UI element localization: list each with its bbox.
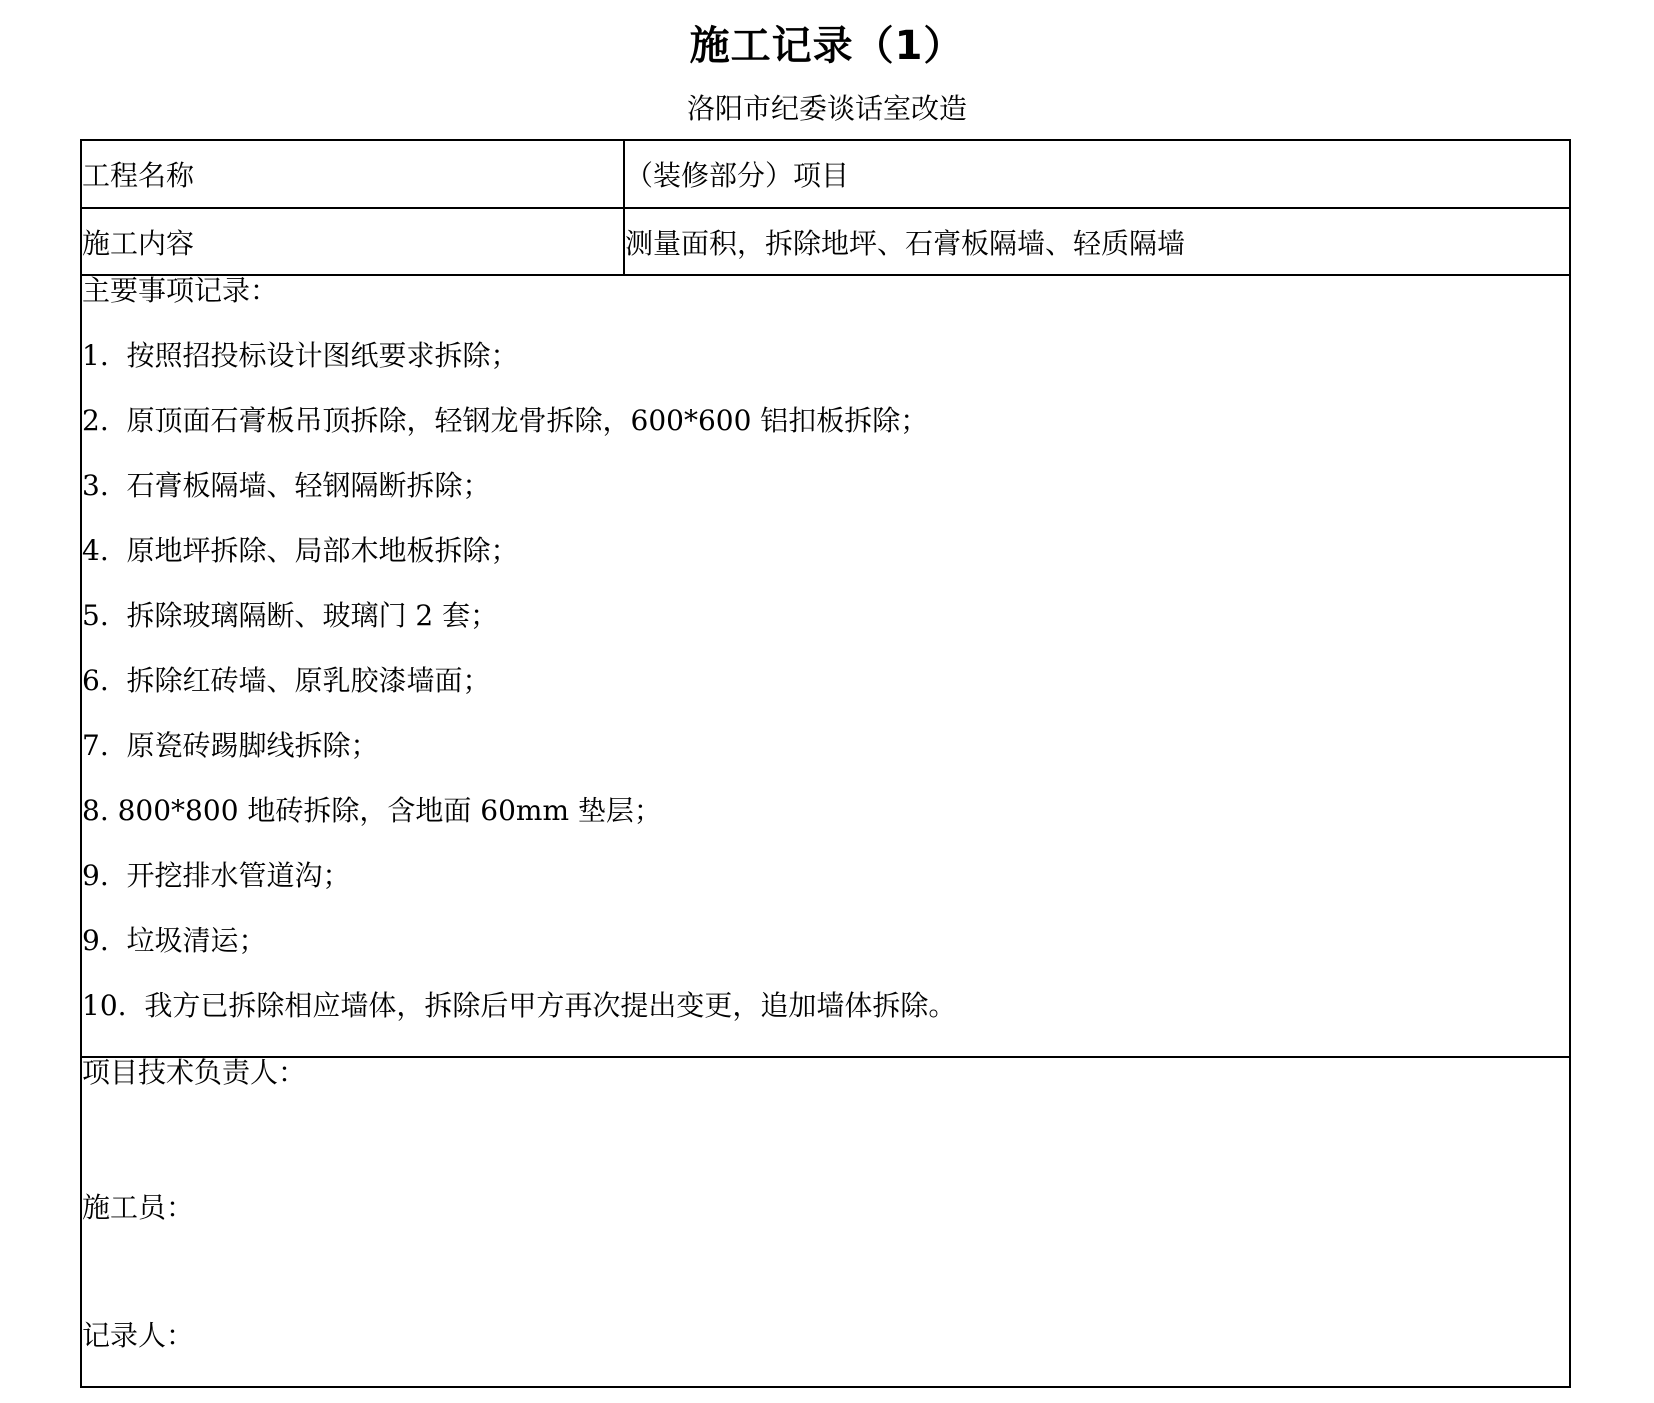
record-item-5: 5. 拆除玻璃隔断、玻璃门 2 套； <box>82 601 1569 631</box>
main-record-row: 主要事项记录： 1. 按照招投标设计图纸要求拆除； 2. 原顶面石膏板吊顶拆除，… <box>81 275 1570 1057</box>
construction-record-table: 工程名称 （装修部分）项目 施工内容 测量面积，拆除地坪、石膏板隔墙、轻质隔墙 … <box>80 139 1571 1388</box>
record-item-7: 7. 原瓷砖踢脚线拆除； <box>82 731 1569 761</box>
project-name-value: （装修部分）项目 <box>624 140 1570 208</box>
signature-cell: 项目技术负责人： 施工员： 记录人： <box>81 1057 1570 1387</box>
record-heading: 主要事项记录： <box>82 276 1569 306</box>
document-title: 施工记录（1） <box>0 0 1654 68</box>
record-item-4: 4. 原地坪拆除、局部木地板拆除； <box>82 536 1569 566</box>
record-item-2: 2. 原顶面石膏板吊顶拆除，轻钢龙骨拆除，600*600 铝扣板拆除； <box>82 406 1569 436</box>
construction-content-value: 测量面积，拆除地坪、石膏板隔墙、轻质隔墙 <box>624 208 1570 275</box>
technical-director-field: 项目技术负责人： <box>82 1058 1569 1088</box>
recorder-field: 记录人： <box>82 1321 1569 1351</box>
signature-row: 项目技术负责人： 施工员： 记录人： <box>81 1057 1570 1387</box>
record-item-9b: 9. 垃圾清运； <box>82 926 1569 956</box>
project-name-row: 工程名称 （装修部分）项目 <box>81 140 1570 208</box>
record-item-3: 3. 石膏板隔墙、轻钢隔断拆除； <box>82 471 1569 501</box>
constructor-field: 施工员： <box>82 1193 1569 1223</box>
record-item-1: 1. 按照招投标设计图纸要求拆除； <box>82 341 1569 371</box>
document-subtitle: 洛阳市纪委谈话室改造 <box>0 94 1654 124</box>
record-item-6: 6. 拆除红砖墙、原乳胶漆墙面； <box>82 666 1569 696</box>
record-item-8: 8. 800*800 地砖拆除，含地面 60mm 垫层； <box>82 796 1569 826</box>
record-item-9: 9. 开挖排水管道沟； <box>82 861 1569 891</box>
project-name-label: 工程名称 <box>81 140 624 208</box>
construction-content-row: 施工内容 测量面积，拆除地坪、石膏板隔墙、轻质隔墙 <box>81 208 1570 275</box>
main-record-cell: 主要事项记录： 1. 按照招投标设计图纸要求拆除； 2. 原顶面石膏板吊顶拆除，… <box>81 275 1570 1057</box>
construction-content-label: 施工内容 <box>81 208 624 275</box>
document-page: 施工记录（1） 洛阳市纪委谈话室改造 工程名称 （装修部分）项目 施工内容 测量… <box>0 0 1654 1403</box>
record-item-10: 10. 我方已拆除相应墙体，拆除后甲方再次提出变更，追加墙体拆除。 <box>82 991 1569 1021</box>
